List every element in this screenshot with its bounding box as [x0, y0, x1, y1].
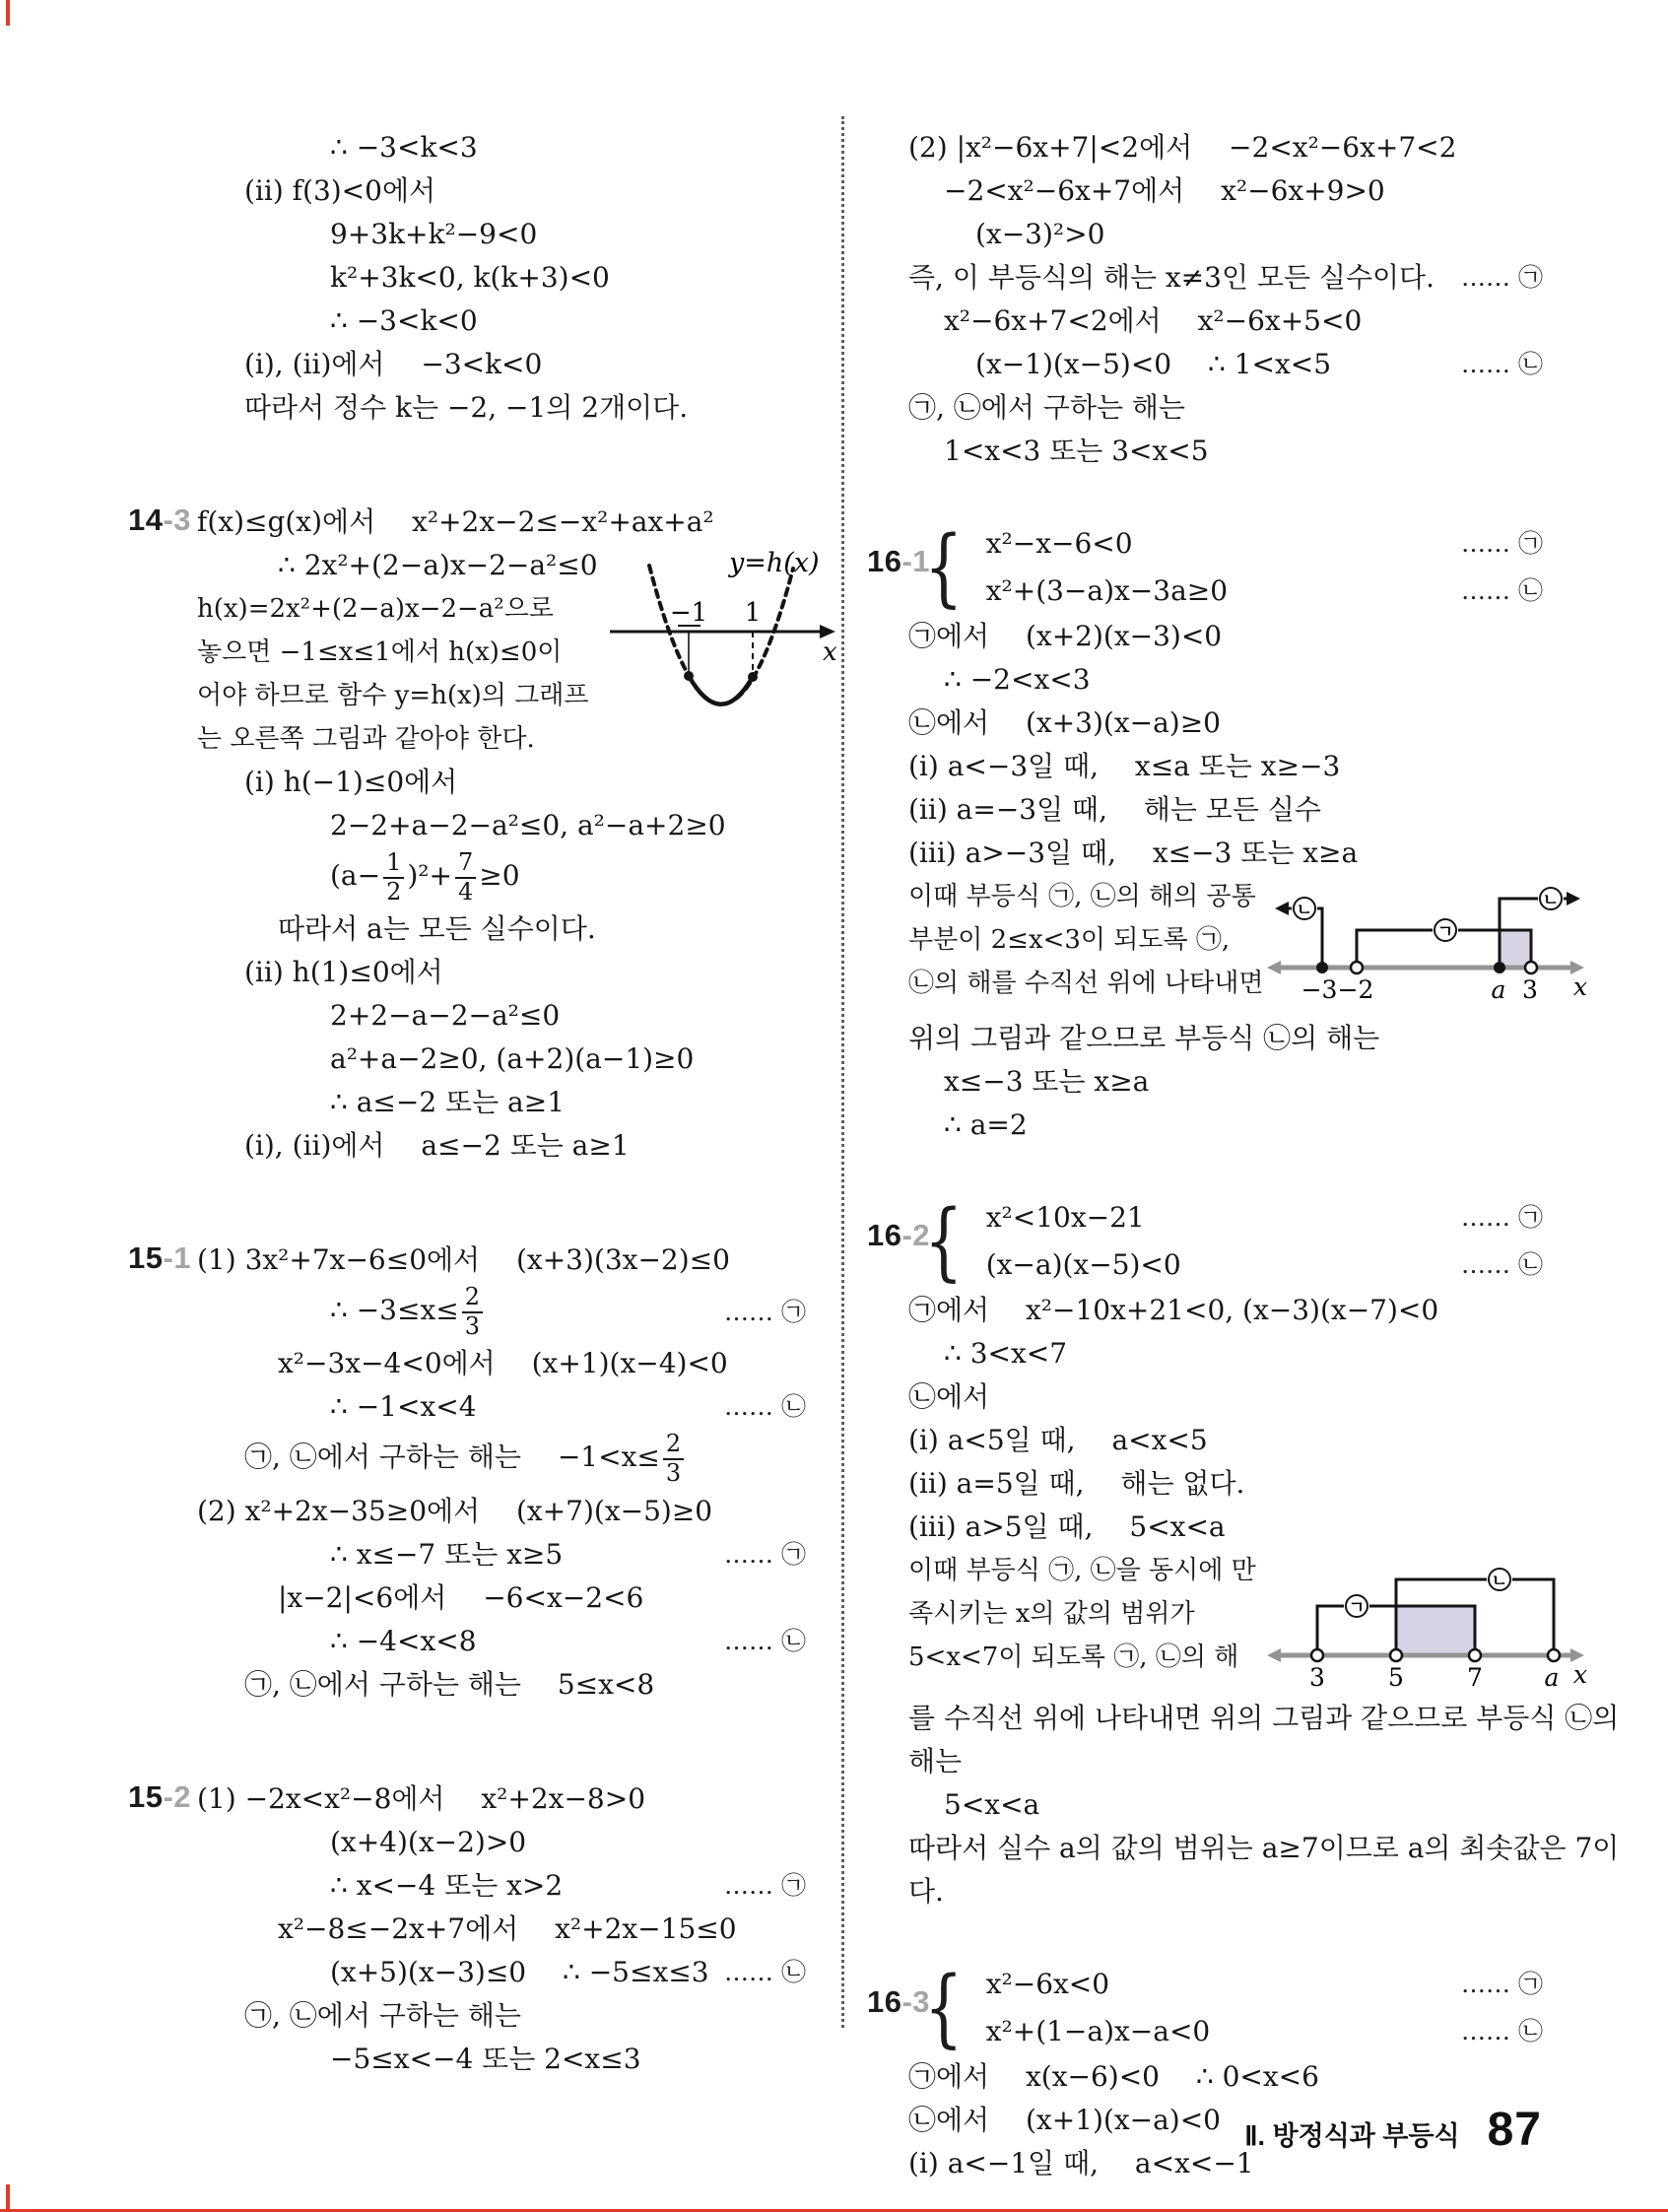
common-region-shade — [1500, 930, 1531, 968]
line-text: 2+2−a−2−a²≤0 — [330, 999, 560, 1032]
line-text: ∴ 3<x<7 — [944, 1337, 1067, 1370]
line-text: k²+3k<0, k(k+3)<0 — [330, 261, 610, 294]
solution-line: ㉡에서 — [908, 1375, 1545, 1419]
line-text: ㉠에서 x²−10x+21<0, (x−3)(x−7)<0 — [908, 1294, 1438, 1326]
reference-marker: …… ㉠ — [1461, 520, 1543, 568]
system-rows: x²−x−6<0…… ㉠x²+(3−a)x−3a≥0…… ㉡ — [978, 520, 1545, 615]
solution-line: x²−6x+7<2에서 x²−6x+5<0 — [944, 300, 1545, 343]
column-left: ∴ −3<k<3(ii) f(3)<0에서9+3k+k²−9<0k²+3k<0,… — [128, 126, 808, 2081]
solution-line: ㉠에서 x²−10x+21<0, (x−3)(x−7)<0 — [908, 1289, 1545, 1332]
system-of-inequalities: { x²<10x−21…… ㉠(x−a)(x−5)<0…… ㉡ — [924, 1194, 1545, 1289]
line-text: (2) x²+2x−35≥0에서 (x+7)(x−5)≥0 — [197, 1495, 712, 1527]
tick-a: a — [1545, 1663, 1560, 1692]
solution-line: x²−x−6<0…… ㉠ — [986, 520, 1545, 568]
page-edge-mark-bottom-left — [6, 2184, 10, 2212]
line-text: ∴ a≤−2 또는 a≥1 — [330, 1086, 565, 1118]
solution-line: h(x)=2x²+(2−a)x−2−a²으로 — [197, 587, 589, 631]
footer-chapter-title: Ⅱ. 방정식과 부등식 — [1244, 2114, 1459, 2153]
reference-marker: …… ㉡ — [724, 1620, 806, 1663]
solution-line: ∴ −3<k<0 — [330, 300, 808, 343]
problem-label-15-2: 15-2 — [128, 1779, 191, 1815]
solution-line: f(x)≤g(x)에서 x²+2x−2≤−x²+ax+a² — [197, 501, 808, 544]
fraction: 12 — [383, 849, 404, 905]
solution-lines: 이때 부등식 ㉠, ㉡의 해의 공통부분이 2≤x<3이 되도록 ㉠,㉡의 해를… — [867, 875, 1255, 1005]
line-text: (iii) a>−3일 때, x≤−3 또는 x≥a — [908, 837, 1358, 869]
solution-line: ∴ −3<k<3 — [330, 126, 808, 169]
solution-line: ㉠, ㉡에서 구하는 해는 — [244, 1994, 808, 2038]
reference-marker: …… ㉡ — [724, 1951, 806, 1994]
line-text: 따라서 실수 a의 값의 범위는 a≥7이므로 a의 최솟값은 7이 — [908, 1832, 1619, 1864]
line-text: x²−8≤−2x+7에서 x²+2x−15≤0 — [278, 1912, 737, 1945]
system-brace: { — [924, 1194, 963, 1289]
line-text: (1) 3x²+7x−6≤0에서 (x+3)(3x−2)≤0 — [197, 1243, 730, 1276]
solution-line: ∴ −2<x<3 — [944, 658, 1545, 702]
badge-b: ㄴ — [1492, 1572, 1507, 1591]
line-text: ∴ −2<x<3 — [944, 663, 1091, 696]
solution-line: x²<10x−21…… ㉠ — [986, 1194, 1545, 1241]
reference-marker: …… ㉡ — [1461, 568, 1543, 615]
reference-marker: …… ㉡ — [1461, 2008, 1543, 2055]
line-text: (2) |x²−6x+7|<2에서 −2<x²−6x+7<2 — [908, 131, 1456, 164]
reference-marker: …… ㉠ — [724, 1533, 806, 1576]
reference-marker: …… ㉠ — [1461, 256, 1543, 300]
solution-line: ∴ a≤−2 또는 a≥1 — [330, 1081, 808, 1124]
problem-label-14-3: 14-3 — [128, 503, 191, 538]
solution-line: x²+(1−a)x−a<0…… ㉡ — [986, 2008, 1545, 2055]
solution-line: ㉠에서 (x+2)(x−3)<0 — [908, 615, 1545, 658]
system-rows: x²−6x<0…… ㉠x²+(1−a)x−a<0…… ㉡ — [978, 1961, 1545, 2055]
solution-lines: 이때 부등식 ㉠, ㉡을 동시에 만족시키는 x의 값의 범위가5<x<7이 되… — [867, 1549, 1255, 1679]
badge-a: ㄱ — [1349, 1598, 1365, 1618]
solution-line: (i) a<−3일 때, x≤a 또는 x≥−3 — [908, 745, 1545, 788]
line-text: ∴ −3<k<0 — [330, 304, 478, 337]
solution-line: ∴ x≤−7 또는 x≥5…… ㉠ — [330, 1533, 808, 1576]
solution-line: ㉡에서 (x+3)(x−a)≥0 — [908, 702, 1545, 745]
solution-line: 1<x<3 또는 3<x<5 — [944, 430, 1545, 473]
solution-lines: (2) |x²−6x+7|<2에서 −2<x²−6x+7<2−2<x²−6x+7… — [867, 126, 1545, 473]
solution-line: 즉, 이 부등식의 해는 x≠3인 모든 실수이다.…… ㉠ — [908, 256, 1545, 300]
solution-line: 5<x<a — [944, 1783, 1545, 1827]
solution-line: ∴ −4<x<8…… ㉡ — [330, 1620, 808, 1663]
solution-lines: 를 수직선 위에 나타내면 위의 그림과 같으므로 부등식 ㉡의해는5<x<a따… — [867, 1697, 1545, 1913]
line-text: 어야 하므로 함수 y=h(x)의 그래프 — [197, 681, 589, 710]
problem-label-16-2: 16-2 — [867, 1218, 930, 1253]
page-edge-mark-top-left — [6, 0, 10, 26]
line-text: 부분이 2≤x<3이 되도록 ㉠, — [908, 925, 1230, 955]
line-text: (ii) h(1)≤0에서 — [244, 956, 443, 988]
line-text: x²−6x+7<2에서 x²−6x+5<0 — [944, 304, 1362, 337]
line-text: f(x)≤g(x)에서 x²+2x−2≤−x²+ax+a² — [197, 505, 714, 538]
solution-line: 를 수직선 위에 나타내면 위의 그림과 같으므로 부등식 ㉡의 — [908, 1697, 1545, 1740]
reference-marker: …… ㉠ — [1461, 1194, 1543, 1241]
page-footer: Ⅱ. 방정식과 부등식 87 — [1244, 2103, 1542, 2157]
section-14-3: 14-3 f(x)≤g(x)에서 x²+2x−2≤−x²+ax+a²∴ 2x²+… — [128, 501, 808, 1168]
text-with-figure: 이때 부등식 ㉠, ㉡의 해의 공통부분이 2≤x<3이 되도록 ㉠,㉡의 해를… — [867, 875, 1545, 1017]
line-text: ㉠, ㉡에서 구하는 해는 −1<x≤23 — [244, 1441, 687, 1473]
line-text: 를 수직선 위에 나타내면 위의 그림과 같으므로 부등식 ㉡의 — [908, 1702, 1619, 1734]
solution-line: 부분이 2≤x<3이 되도록 ㉠, — [908, 918, 1255, 962]
fraction: 74 — [455, 849, 476, 905]
column-right: (2) |x²−6x+7|<2에서 −2<x²−6x+7<2−2<x²−6x+7… — [867, 126, 1545, 2185]
reference-marker: …… ㉠ — [724, 1291, 806, 1334]
solution-line: x²−3x−4<0에서 (x+1)(x−4)<0 — [278, 1342, 808, 1385]
tick-3: 3 — [1309, 1663, 1325, 1692]
solution-line: (1) 3x²+7x−6≤0에서 (x+3)(3x−2)≤0 — [197, 1239, 808, 1282]
line-text: (i), (ii)에서 a≤−2 또는 a≥1 — [244, 1129, 630, 1162]
solution-line: −2<x²−6x+7에서 x²−6x+9>0 — [944, 169, 1545, 213]
line-text: 1<x<3 또는 3<x<5 — [944, 435, 1209, 467]
solution-line: 족시키는 x의 값의 범위가 — [908, 1592, 1255, 1636]
solution-line: 따라서 실수 a의 값의 범위는 a≥7이므로 a의 최솟값은 7이 — [908, 1827, 1545, 1870]
line-text: 5<x<a — [944, 1788, 1039, 1821]
solution-line: 따라서 정수 k는 −2, −1의 2개이다. — [244, 386, 808, 430]
solution-line: ∴ −1<x<4…… ㉡ — [330, 1385, 808, 1429]
solution-line: (i) a<5일 때, a<x<5 — [908, 1419, 1545, 1462]
solution-line: 어야 하므로 함수 y=h(x)의 그래프 — [197, 674, 589, 717]
reference-marker: …… ㉡ — [724, 1385, 806, 1429]
solution-line: (x+4)(x−2)>0 — [330, 1821, 808, 1864]
system-of-inequalities: { x²−x−6<0…… ㉠x²+(3−a)x−3a≥0…… ㉡ — [924, 520, 1545, 615]
column-divider — [841, 116, 844, 2028]
system-of-inequalities: { x²−6x<0…… ㉠x²+(1−a)x−a<0…… ㉡ — [924, 1961, 1545, 2055]
line-text: (i) a<−3일 때, x≤a 또는 x≥−3 — [908, 750, 1340, 782]
solution-line: ㉠에서 x(x−6)<0 ∴ 0<x<6 — [908, 2055, 1545, 2099]
solution-line: 2−2+a−2−a²≤0, a²−a+2≥0 — [330, 804, 808, 847]
line-text: (x−1)(x−5)<0 ∴ 1<x<5 — [975, 348, 1331, 380]
line-text: ∴ −3≤x≤23 — [330, 1294, 486, 1326]
solution-line: x²+(3−a)x−3a≥0…… ㉡ — [986, 568, 1545, 615]
line-text: ㉠에서 (x+2)(x−3)<0 — [908, 620, 1222, 652]
badge-b-right: ㄴ — [1543, 891, 1559, 910]
solution-line: 2+2−a−2−a²≤0 — [330, 994, 808, 1038]
x-axis-label: x — [1573, 1660, 1587, 1689]
line-text: (i), (ii)에서 −3<k<0 — [244, 348, 542, 380]
solution-line: −5≤x<−4 또는 2<x≤3 — [330, 2038, 808, 2081]
solution-lines: ㉠에서 (x+2)(x−3)<0∴ −2<x<3㉡에서 (x+3)(x−a)≥0… — [867, 615, 1545, 875]
line-text: x²<10x−21 — [986, 1201, 1145, 1234]
x-axis-arrow — [820, 625, 835, 638]
solution-lines: (i) h(−1)≤0에서2−2+a−2−a²≤0, a²−a+2≥0(a−12… — [128, 761, 808, 1168]
tick-neg2: −2 — [1338, 975, 1374, 1004]
section-15-2: 15-2 (1) −2x<x²−8에서 x²+2x−8>0(x+4)(x−2)>… — [128, 1777, 808, 2081]
fraction: 23 — [462, 1284, 483, 1340]
tick-a: a — [1492, 975, 1506, 1004]
solution-line: (2) x²+2x−35≥0에서 (x+7)(x−5)≥0 — [197, 1490, 808, 1533]
problem-label-15-1: 15-1 — [128, 1240, 191, 1276]
section-14-2-continued: ∴ −3<k<3(ii) f(3)<0에서9+3k+k²−9<0k²+3k<0,… — [128, 126, 808, 430]
line-text: ㉡의 해를 수직선 위에 나타내면 — [908, 969, 1263, 998]
solution-line: (ii) f(3)<0에서 — [244, 169, 808, 213]
line-text: (ii) a=−3일 때, 해는 모든 실수 — [908, 793, 1321, 826]
line-text: (x+4)(x−2)>0 — [330, 1826, 526, 1858]
solution-line: (x−1)(x−5)<0 ∴ 1<x<5…… ㉡ — [975, 343, 1545, 386]
line-text: x²−x−6<0 — [986, 527, 1133, 560]
solution-line: x²−8≤−2x+7에서 x²+2x−15≤0 — [278, 1908, 808, 1951]
solution-line: (x+5)(x−3)≤0 ∴ −5≤x≤3…… ㉡ — [330, 1951, 808, 1994]
reference-marker: …… ㉠ — [724, 1864, 806, 1908]
line-text: h(x)=2x²+(2−a)x−2−a²으로 — [197, 594, 554, 624]
line-text: (x+5)(x−3)≤0 ∴ −5≤x≤3 — [330, 1956, 709, 1988]
solution-line: 따라서 a는 모든 실수이다. — [278, 907, 808, 951]
line-text: (i) a<5일 때, a<x<5 — [908, 1424, 1208, 1456]
solution-line: 이때 부등식 ㉠, ㉡을 동시에 만 — [908, 1549, 1255, 1592]
line-text: (ii) f(3)<0에서 — [244, 174, 435, 207]
x-axis-label: x — [823, 637, 837, 667]
line-text: 놓으면 −1≤x≤1에서 h(x)≤0이 — [197, 637, 562, 667]
line-text: 는 오른쪽 그림과 같아야 한다. — [197, 724, 535, 754]
solution-line: (i), (ii)에서 a≤−2 또는 a≥1 — [244, 1124, 808, 1168]
line-text: −5≤x<−4 또는 2<x≤3 — [330, 2043, 641, 2075]
line-text: ∴ −1<x<4 — [330, 1390, 477, 1423]
line-text: ㉠, ㉡에서 구하는 해는 — [244, 1999, 521, 2032]
line-text: ∴ 2x²+(2−a)x−2−a²≤0 — [278, 549, 598, 581]
line-text: a²+a−2≥0, (a+2)(a−1)≥0 — [330, 1042, 694, 1075]
badge-b-left: ㄴ — [1297, 901, 1312, 920]
solution-line: ㉠, ㉡에서 구하는 해는 5≤x<8 — [244, 1663, 808, 1707]
line-text: (i) a<−1일 때, a<x<−1 — [908, 2147, 1254, 2179]
line-text: 9+3k+k²−9<0 — [330, 218, 537, 250]
solution-line: (i) h(−1)≤0에서 — [244, 761, 808, 804]
solution-line: (a−12)²+74≥0 — [330, 847, 808, 907]
solution-line: 는 오른쪽 그림과 같아야 한다. — [197, 717, 589, 761]
line-text: 족시키는 x의 값의 범위가 — [908, 1599, 1195, 1629]
common-region-shade — [1396, 1606, 1475, 1655]
solution-line: ∴ 2x²+(2−a)x−2−a²≤0 — [278, 544, 808, 587]
solution-line: x≤−3 또는 x≥a — [944, 1060, 1545, 1104]
system-brace: { — [924, 1961, 963, 2055]
tick-label-1: 1 — [745, 598, 762, 628]
solution-line: 5<x<7이 되도록 ㉠, ㉡의 해 — [908, 1636, 1255, 1679]
line-text: (1) −2x<x²−8에서 x²+2x−8>0 — [197, 1782, 645, 1815]
solution-lines: (1) 3x²+7x−6≤0에서 (x+3)(3x−2)≤0∴ −3≤x≤23…… — [128, 1239, 808, 1706]
line-text: (a−12)²+74≥0 — [330, 859, 520, 892]
tick-7: 7 — [1467, 1663, 1483, 1692]
line-text: 따라서 a는 모든 실수이다. — [278, 912, 596, 945]
line-text: x≤−3 또는 x≥a — [944, 1065, 1149, 1098]
line-text: (i) h(−1)≤0에서 — [244, 766, 457, 798]
line-text: ㉠, ㉡에서 구하는 해는 — [908, 391, 1185, 424]
tick-label-neg1: −1 — [670, 598, 707, 628]
line-text: (iii) a>5일 때, 5<x<a — [908, 1510, 1226, 1543]
solution-line: (ii) a=−3일 때, 해는 모든 실수 — [908, 788, 1545, 832]
line-text: (ii) a=5일 때, 해는 없다. — [908, 1467, 1244, 1500]
solution-line: ㉠, ㉡에서 구하는 해는 −1<x≤23 — [244, 1429, 808, 1489]
solution-line: x²−6x<0…… ㉠ — [986, 1961, 1545, 2008]
section-15-1: 15-1 (1) 3x²+7x−6≤0에서 (x+3)(3x−2)≤0∴ −3≤… — [128, 1239, 808, 1706]
solution-lines: f(x)≤g(x)에서 x²+2x−2≤−x²+ax+a²∴ 2x²+(2−a)… — [128, 501, 808, 587]
line-text: ㉡에서 (x+1)(x−a)<0 — [908, 2104, 1221, 2136]
solution-lines: ∴ −3<k<3(ii) f(3)<0에서9+3k+k²−9<0k²+3k<0,… — [128, 126, 808, 430]
solution-line: k²+3k<0, k(k+3)<0 — [330, 256, 808, 300]
line-text: 해는 — [908, 1745, 962, 1777]
line-text: 위의 그림과 같으므로 부등식 ㉡의 해는 — [908, 1022, 1379, 1054]
solution-line: (x−a)(x−5)<0…… ㉡ — [986, 1241, 1545, 1289]
line-text: ∴ −4<x<8 — [330, 1625, 477, 1657]
badge-a-mid: ㄱ — [1437, 922, 1453, 942]
line-text: ㉡에서 — [908, 1380, 989, 1413]
solution-line: (ii) a=5일 때, 해는 없다. — [908, 1462, 1545, 1506]
line-text: ∴ x<−4 또는 x>2 — [330, 1869, 563, 1902]
line-text: x²−6x<0 — [986, 1968, 1109, 2000]
footer-page-number: 87 — [1488, 2103, 1542, 2157]
line-text: 즉, 이 부등식의 해는 x≠3인 모든 실수이다. — [908, 261, 1434, 294]
line-text: x²−3x−4<0에서 (x+1)(x−4)<0 — [278, 1347, 728, 1379]
solution-line: 다. — [908, 1870, 1545, 1913]
line-text: 이때 부등식 ㉠, ㉡을 동시에 만 — [908, 1556, 1256, 1585]
line-text: ∴ x≤−7 또는 x≥5 — [330, 1538, 563, 1571]
solution-line: 9+3k+k²−9<0 — [330, 213, 808, 256]
line-text: (x−a)(x−5)<0 — [986, 1248, 1181, 1281]
solution-line: ㉠, ㉡에서 구하는 해는 — [908, 386, 1545, 430]
line-text: ∴ −3<k<3 — [330, 131, 478, 164]
tick-neg3: −3 — [1301, 975, 1338, 1004]
line-text: 다. — [908, 1875, 944, 1908]
solution-lines: h(x)=2x²+(2−a)x−2−a²으로놓으면 −1≤x≤1에서 h(x)≤… — [128, 587, 589, 761]
line-text: −2<x²−6x+7에서 x²−6x+9>0 — [944, 174, 1385, 207]
text-with-figure: h(x)=2x²+(2−a)x−2−a²으로놓으면 −1≤x≤1에서 h(x)≤… — [128, 587, 808, 761]
x-axis-label: x — [1573, 972, 1587, 1001]
reference-marker: …… ㉡ — [1461, 343, 1543, 386]
line-text: 2−2+a−2−a²≤0, a²−a+2≥0 — [330, 809, 726, 841]
line-text: ㉡에서 (x+3)(x−a)≥0 — [908, 706, 1221, 739]
solution-line: 놓으면 −1≤x≤1에서 h(x)≤0이 — [197, 631, 589, 674]
solution-line: (iii) a>5일 때, 5<x<a — [908, 1506, 1545, 1549]
section-16-1: 16-1 { x²−x−6<0…… ㉠x²+(3−a)x−3a≥0…… ㉡ ㉠에… — [867, 520, 1545, 1147]
solution-line: ㉡의 해를 수직선 위에 나타내면 — [908, 962, 1255, 1005]
fraction: 23 — [663, 1431, 684, 1487]
line-text: 5<x<7이 되도록 ㉠, ㉡의 해 — [908, 1642, 1238, 1672]
solution-lines: 위의 그림과 같으므로 부등식 ㉡의 해는x≤−3 또는 x≥a∴ a=2 — [867, 1017, 1545, 1147]
number-line-figure-16-1: ㄴ ㄱ ㄴ −3 −2 a 3 x — [1263, 869, 1588, 1017]
line-text: x²+(1−a)x−a<0 — [986, 2015, 1211, 2047]
solution-line: (ii) h(1)≤0에서 — [244, 951, 808, 994]
solution-lines: (1) −2x<x²−8에서 x²+2x−8>0(x+4)(x−2)>0∴ x<… — [128, 1777, 808, 2081]
line-text: 이때 부등식 ㉠, ㉡의 해의 공통 — [908, 882, 1256, 911]
section-16-2: 16-2 { x²<10x−21…… ㉠(x−a)(x−5)<0…… ㉡ ㉠에서… — [867, 1194, 1545, 1913]
line-text: x²+(3−a)x−3a≥0 — [986, 574, 1228, 607]
solution-lines: ㉠에서 x²−10x+21<0, (x−3)(x−7)<0∴ 3<x<7㉡에서(… — [867, 1289, 1545, 1549]
textbook-solutions-page: ∴ −3<k<3(ii) f(3)<0에서9+3k+k²−9<0k²+3k<0,… — [0, 0, 1668, 2212]
reference-marker: …… ㉠ — [1461, 1961, 1543, 2008]
solution-line: ∴ a=2 — [944, 1104, 1545, 1147]
text-with-figure: 이때 부등식 ㉠, ㉡을 동시에 만족시키는 x의 값의 범위가5<x<7이 되… — [867, 1549, 1545, 1697]
solution-line: (1) −2x<x²−8에서 x²+2x−8>0 — [197, 1777, 808, 1821]
solution-line: 해는 — [908, 1740, 1545, 1783]
section-15-3-continued: (2) |x²−6x+7|<2에서 −2<x²−6x+7<2−2<x²−6x+7… — [867, 126, 1545, 473]
problem-label-16-1: 16-1 — [867, 544, 930, 579]
solution-line: a²+a−2≥0, (a+2)(a−1)≥0 — [330, 1038, 808, 1081]
solution-line: 이때 부등식 ㉠, ㉡의 해의 공통 — [908, 875, 1255, 918]
tick-3: 3 — [1522, 975, 1538, 1004]
solution-line: (i), (ii)에서 −3<k<0 — [244, 343, 808, 386]
solution-line: ∴ 3<x<7 — [944, 1332, 1545, 1375]
system-brace: { — [924, 520, 963, 615]
solution-line: ∴ x<−4 또는 x>2…… ㉠ — [330, 1864, 808, 1908]
number-line-figure-16-2: ㄱ ㄴ 3 5 7 a x — [1263, 1547, 1588, 1697]
parabola-solid-segment — [689, 676, 753, 704]
solution-line: ∴ −3≤x≤23…… ㉠ — [330, 1282, 808, 1342]
reference-marker: …… ㉡ — [1461, 1241, 1543, 1289]
system-rows: x²<10x−21…… ㉠(x−a)(x−5)<0…… ㉡ — [978, 1194, 1545, 1289]
line-text: ∴ a=2 — [944, 1108, 1028, 1141]
solution-line: (iii) a>−3일 때, x≤−3 또는 x≥a — [908, 832, 1545, 875]
line-text: ㉠, ㉡에서 구하는 해는 5≤x<8 — [244, 1668, 654, 1701]
solution-line: |x−2|<6에서 −6<x−2<6 — [278, 1576, 808, 1620]
line-text: (x−3)²>0 — [975, 218, 1104, 250]
tick-5: 5 — [1388, 1663, 1404, 1692]
solution-line: 위의 그림과 같으므로 부등식 ㉡의 해는 — [908, 1017, 1545, 1060]
problem-label-16-3: 16-3 — [867, 1984, 930, 2020]
solution-line: (x−3)²>0 — [975, 213, 1545, 256]
solution-line: (2) |x²−6x+7|<2에서 −2<x²−6x+7<2 — [908, 126, 1545, 169]
line-text: 따라서 정수 k는 −2, −1의 2개이다. — [244, 391, 688, 424]
line-text: ㉠에서 x(x−6)<0 ∴ 0<x<6 — [908, 2060, 1319, 2093]
line-text: |x−2|<6에서 −6<x−2<6 — [278, 1581, 643, 1614]
